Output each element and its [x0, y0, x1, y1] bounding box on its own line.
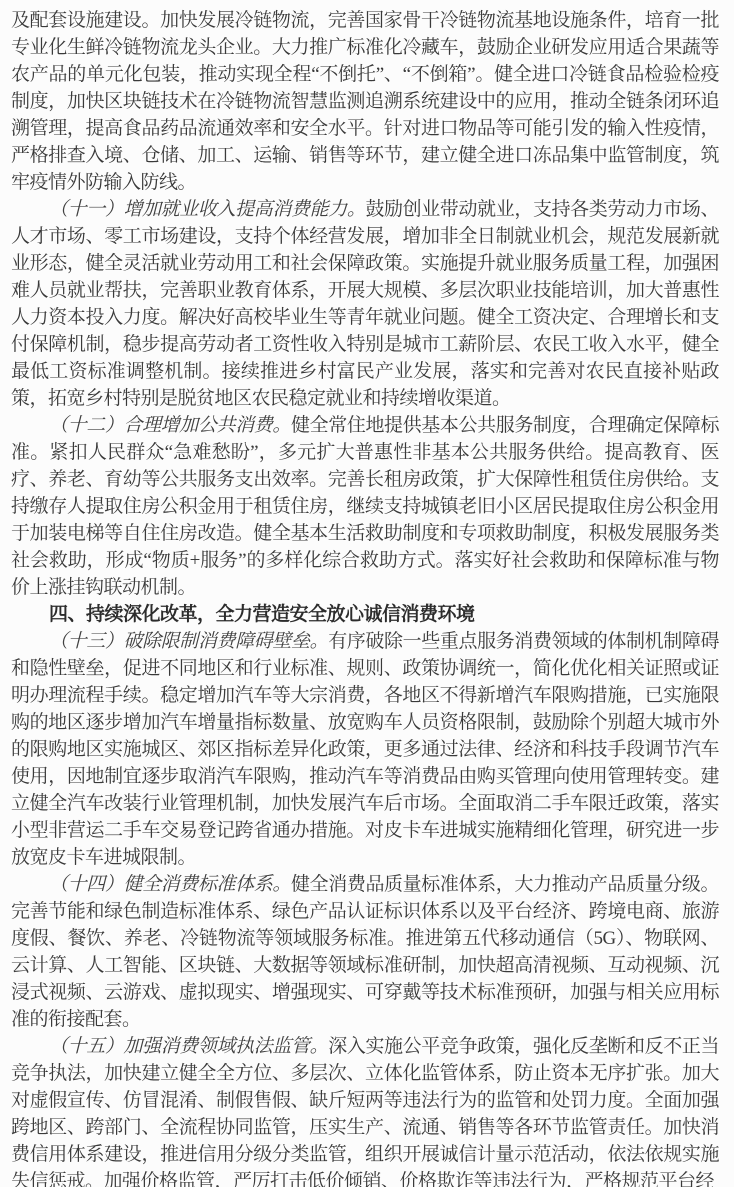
paragraph-text: 鼓励创业带动就业，支持各类劳动力市场、人才市场、零工市场建设，支持个体经营发展，…	[11, 199, 719, 409]
document-text-block: 及配套设施建设。加快发展冷链物流，完善国家骨干冷链物流基地设施条件，培育一批专业…	[11, 7, 719, 1187]
paragraph-text: 有序破除一些重点服务消费领域的体制机制障碍和隐性壁垒，促进不同地区和行业标准、规…	[11, 631, 719, 868]
paragraph-text: 及配套设施建设。加快发展冷链物流，完善国家骨干冷链物流基地设施条件，培育一批专业…	[11, 10, 719, 193]
clause-lead: （十五）加强消费领域执法监管。	[49, 1036, 328, 1057]
paragraph-clause-12: （十二）合理增加公共消费。健全常住地提供基本公共服务制度，合理确定保障标准。紧扣…	[11, 412, 719, 601]
document-page: 及配套设施建设。加快发展冷链物流，完善国家骨干冷链物流基地设施条件，培育一批专业…	[0, 0, 734, 1187]
paragraph-clause-13: （十三）破除限制消费障碍壁垒。有序破除一些重点服务消费领域的体制机制障碍和隐性壁…	[11, 628, 719, 871]
paragraph-text: 健全常住地提供基本公共服务制度，合理确定保障标准。紧扣人民群众“急难愁盼”，多元…	[11, 415, 719, 598]
paragraph-text: 深入实施公平竞争政策，强化反垄断和反不正当竞争执法，加快建立健全全方位、多层次、…	[11, 1036, 719, 1187]
paragraph-clause-14: （十四）健全消费标准体系。健全消费品质量标准体系，大力推动产品质量分级。完善节能…	[11, 871, 719, 1033]
section-heading-4: 四、持续深化改革，全力营造安全放心诚信消费环境	[11, 601, 719, 628]
paragraph-text: 健全消费品质量标准体系，大力推动产品质量分级。完善节能和绿色制造标准体系、绿色产…	[11, 874, 719, 1030]
clause-lead: （十二）合理增加公共消费。	[49, 415, 291, 436]
paragraph-clause-11: （十一）增加就业收入提高消费能力。鼓励创业带动就业，支持各类劳动力市场、人才市场…	[11, 196, 719, 412]
clause-lead: （十四）健全消费标准体系。	[49, 874, 291, 895]
clause-lead: （十三）破除限制消费障碍壁垒。	[49, 631, 328, 652]
clause-lead: （十一）增加就业收入提高消费能力。	[49, 199, 365, 220]
paragraph-logistics-continuation: 及配套设施建设。加快发展冷链物流，完善国家骨干冷链物流基地设施条件，培育一批专业…	[11, 7, 719, 196]
paragraph-clause-15: （十五）加强消费领域执法监管。深入实施公平竞争政策，强化反垄断和反不正当竞争执法…	[11, 1033, 719, 1187]
